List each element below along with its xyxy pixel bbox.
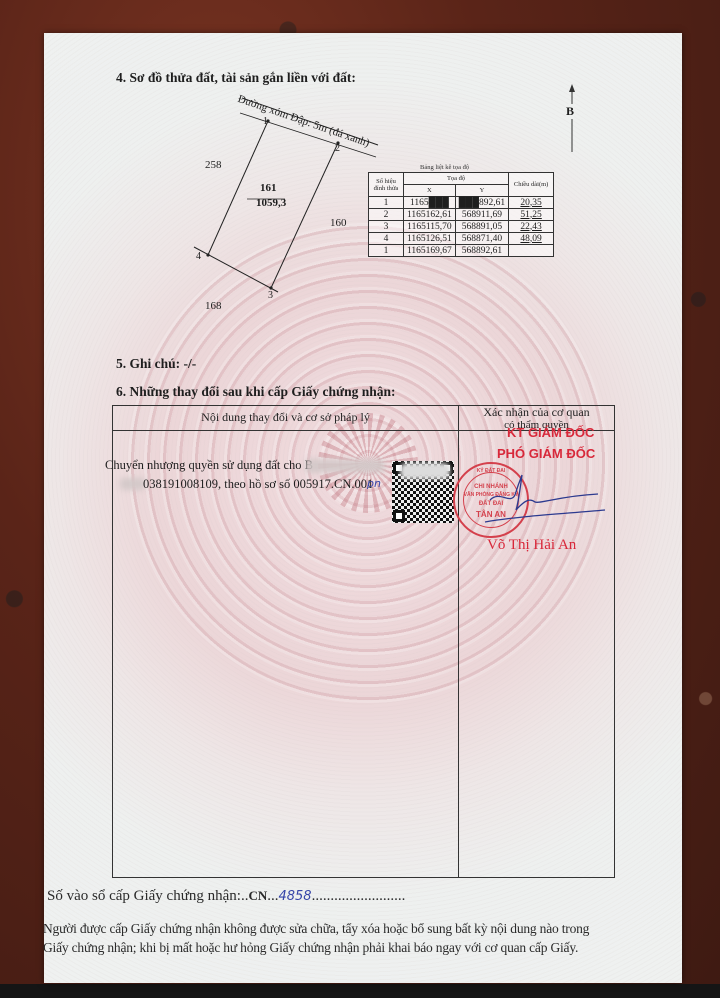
- qr-code[interactable]: [392, 461, 454, 523]
- signature: [480, 470, 610, 530]
- coord-cell-x: 1165███: [404, 197, 456, 209]
- vertex-2: 2: [335, 143, 340, 154]
- coord-cell-point: 4: [369, 233, 404, 245]
- coord-cell-y: 568911,69: [455, 209, 508, 221]
- coord-cell-length: 48,09: [509, 233, 554, 245]
- north-label: B: [566, 104, 574, 119]
- coord-cell-y: 568871,40: [455, 233, 508, 245]
- coord-cell-length: 20,35: [509, 197, 554, 209]
- coord-row: 11165██████892,6120,35: [369, 197, 554, 209]
- col-point: Số hiệu đỉnh thửa: [369, 173, 404, 197]
- bottom-shadow: [0, 984, 720, 998]
- neighbor-parcel-168: 168: [205, 300, 222, 312]
- coord-cell-x: 1165162,61: [404, 209, 456, 221]
- coord-cell-x: 1165169,67: [404, 245, 456, 257]
- signer-name: Võ Thị Hải An: [487, 537, 576, 554]
- col-coords: Tọa độ: [404, 173, 509, 185]
- parcel-area: 1059,3: [256, 197, 286, 209]
- coord-table-title: Bảng liệt kê tọa độ: [420, 164, 469, 171]
- change-entry-line2: 038191008109, theo hồ sơ số 005917.CN.00…: [143, 477, 373, 492]
- coord-row: 11165169,67568892,61: [369, 245, 554, 257]
- coord-row: 21165162,61568911,6951,25: [369, 209, 554, 221]
- section5-title: 5. Ghi chú: -/-: [116, 356, 196, 372]
- coord-row: 41165126,51568871,4048,09: [369, 233, 554, 245]
- coord-cell-point: 2: [369, 209, 404, 221]
- registry-line: Số vào sổ cấp Giấy chứng nhận:..CN...485…: [47, 888, 405, 905]
- coord-cell-length: 51,25: [509, 209, 554, 221]
- warning-line1: Người được cấp Giấy chứng nhận không đượ…: [43, 921, 589, 937]
- col-y: Y: [455, 185, 508, 197]
- coord-cell-length: 22,43: [509, 221, 554, 233]
- coordinate-table: Số hiệu đỉnh thửa Tọa độ Chiều dài(m) X …: [368, 172, 554, 257]
- coord-cell-point: 3: [369, 221, 404, 233]
- kt-director-label: KT GIÁM ĐỐC: [507, 425, 594, 440]
- deputy-director-label: PHÓ GIÁM ĐỐC: [497, 446, 595, 461]
- coord-cell-length: [509, 245, 554, 257]
- coord-cell-y: 568891,05: [455, 221, 508, 233]
- vertex-1: 1: [263, 116, 268, 127]
- coord-cell-x: 1165126,51: [404, 233, 456, 245]
- parcel-number: 161: [260, 182, 277, 194]
- neighbor-parcel-160: 160: [330, 217, 347, 229]
- coord-cell-point: 1: [369, 245, 404, 257]
- redacted-name: [305, 459, 385, 473]
- coord-row: 31165115,70568891,0522,43: [369, 221, 554, 233]
- col-x: X: [404, 185, 456, 197]
- col-length: Chiều dài(m): [509, 173, 554, 197]
- warning-line2: Giấy chứng nhận; khi bị mất hoặc hư hỏng…: [43, 940, 578, 956]
- registry-prefix: CN: [248, 888, 267, 903]
- registry-label: Số vào sổ cấp Giấy chứng nhận:: [47, 888, 241, 904]
- vertex-4: 4: [196, 251, 201, 262]
- change-entry-line1: Chuyển nhượng quyền sử dụng đất cho B: [105, 458, 313, 473]
- section4-title: 4. Sơ đồ thửa đất, tài sản gắn liền với …: [116, 70, 356, 86]
- neighbor-parcel-258: 258: [205, 159, 222, 171]
- redacted-id-prefix: [120, 478, 145, 490]
- section6-title: 6. Những thay đổi sau khi cấp Giấy chứng…: [116, 384, 396, 400]
- vertex-3: 3: [268, 290, 273, 301]
- coord-cell-y: ███892,61: [455, 197, 508, 209]
- coord-cell-point: 1: [369, 197, 404, 209]
- column-divider: [458, 406, 459, 877]
- content-column-header: Nội dung thay đổi và cơ sở pháp lý: [113, 410, 458, 425]
- registry-number: 4858: [278, 889, 311, 904]
- coord-cell-y: 568892,61: [455, 245, 508, 257]
- handwritten-note: pn: [367, 477, 381, 490]
- confirm-header-line1: Xác nhận của cơ quan: [459, 406, 614, 419]
- coord-cell-x: 1165115,70: [404, 221, 456, 233]
